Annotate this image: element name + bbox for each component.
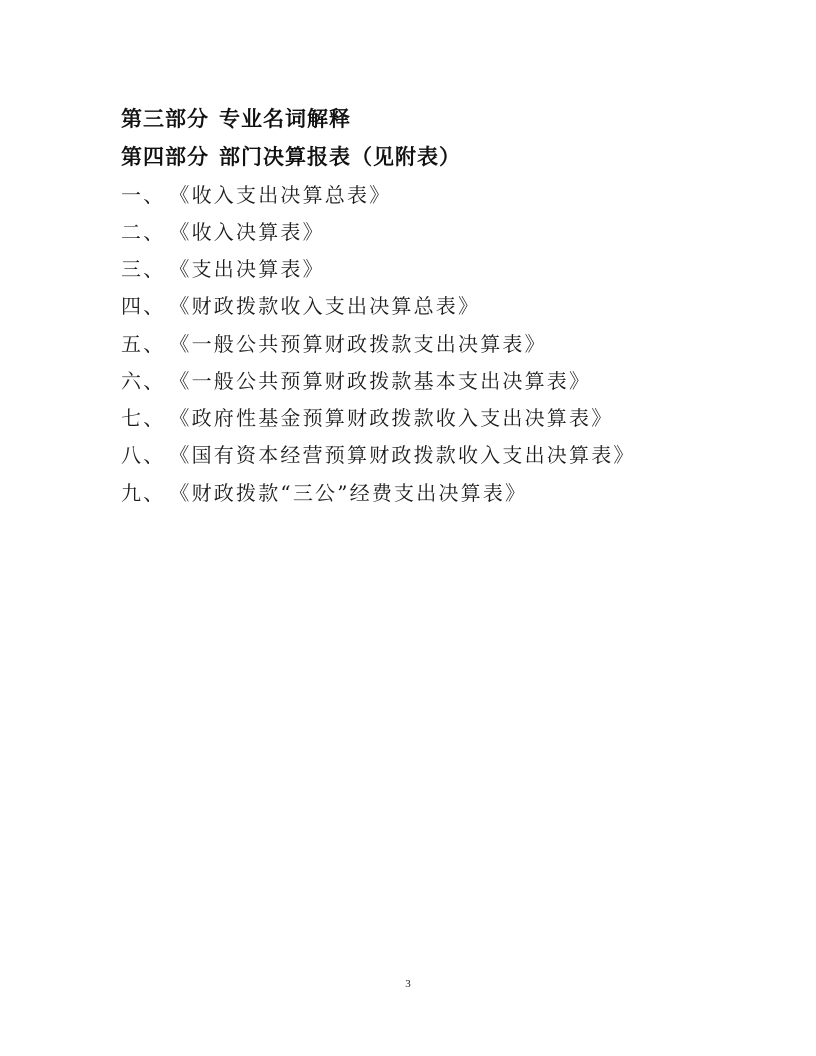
heading-title: 部门决算报表（见附表） [219, 145, 461, 169]
list-item: 一、《收入支出决算总表》 [121, 182, 391, 208]
item-number: 七、 [121, 405, 165, 431]
item-number: 二、 [121, 219, 165, 245]
list-item: 七、《政府性基金预算财政拨款收入支出决算表》 [121, 405, 613, 431]
item-number: 六、 [121, 368, 165, 394]
item-number: 三、 [121, 256, 165, 282]
list-item: 五、《一般公共预算财政拨款支出决算表》 [121, 331, 547, 357]
item-title: 《收入决算表》 [169, 219, 324, 245]
item-number: 五、 [121, 331, 165, 357]
list-item: 三、《支出决算表》 [121, 256, 325, 282]
heading-part-label: 第三部分 [121, 107, 209, 131]
section-heading-part-four: 第四部分部门决算报表（见附表） [121, 144, 461, 170]
list-item: 四、《财政拨款收入支出决算总表》 [121, 293, 480, 319]
page-number: 3 [0, 978, 816, 990]
item-number: 四、 [121, 293, 165, 319]
item-title: 《财政拨款“三公”经费支出决算表》 [169, 480, 527, 506]
item-title: 《一般公共预算财政拨款基本支出决算表》 [169, 368, 591, 394]
item-title: 《政府性基金预算财政拨款收入支出决算表》 [169, 405, 613, 431]
document-page: 第三部分专业名词解释 第四部分部门决算报表（见附表） 一、《收入支出决算总表》 … [0, 0, 816, 1056]
list-item: 九、《财政拨款“三公”经费支出决算表》 [121, 480, 527, 506]
item-title: 《一般公共预算财政拨款支出决算表》 [169, 331, 546, 357]
item-title: 《支出决算表》 [169, 256, 324, 282]
heading-title: 专业名词解释 [219, 107, 351, 131]
heading-part-label: 第四部分 [121, 145, 209, 169]
item-number: 八、 [121, 442, 165, 468]
list-item: 二、《收入决算表》 [121, 219, 325, 245]
item-title: 《国有资本经营预算财政拨款收入支出决算表》 [169, 442, 635, 468]
list-item: 八、《国有资本经营预算财政拨款收入支出决算表》 [121, 442, 636, 468]
item-title: 《财政拨款收入支出决算总表》 [169, 293, 480, 319]
list-item: 六、《一般公共预算财政拨款基本支出决算表》 [121, 368, 591, 394]
item-number: 九、 [121, 480, 165, 506]
item-number: 一、 [121, 182, 165, 208]
item-title: 《收入支出决算总表》 [169, 182, 391, 208]
section-heading-part-three: 第三部分专业名词解释 [121, 106, 351, 132]
